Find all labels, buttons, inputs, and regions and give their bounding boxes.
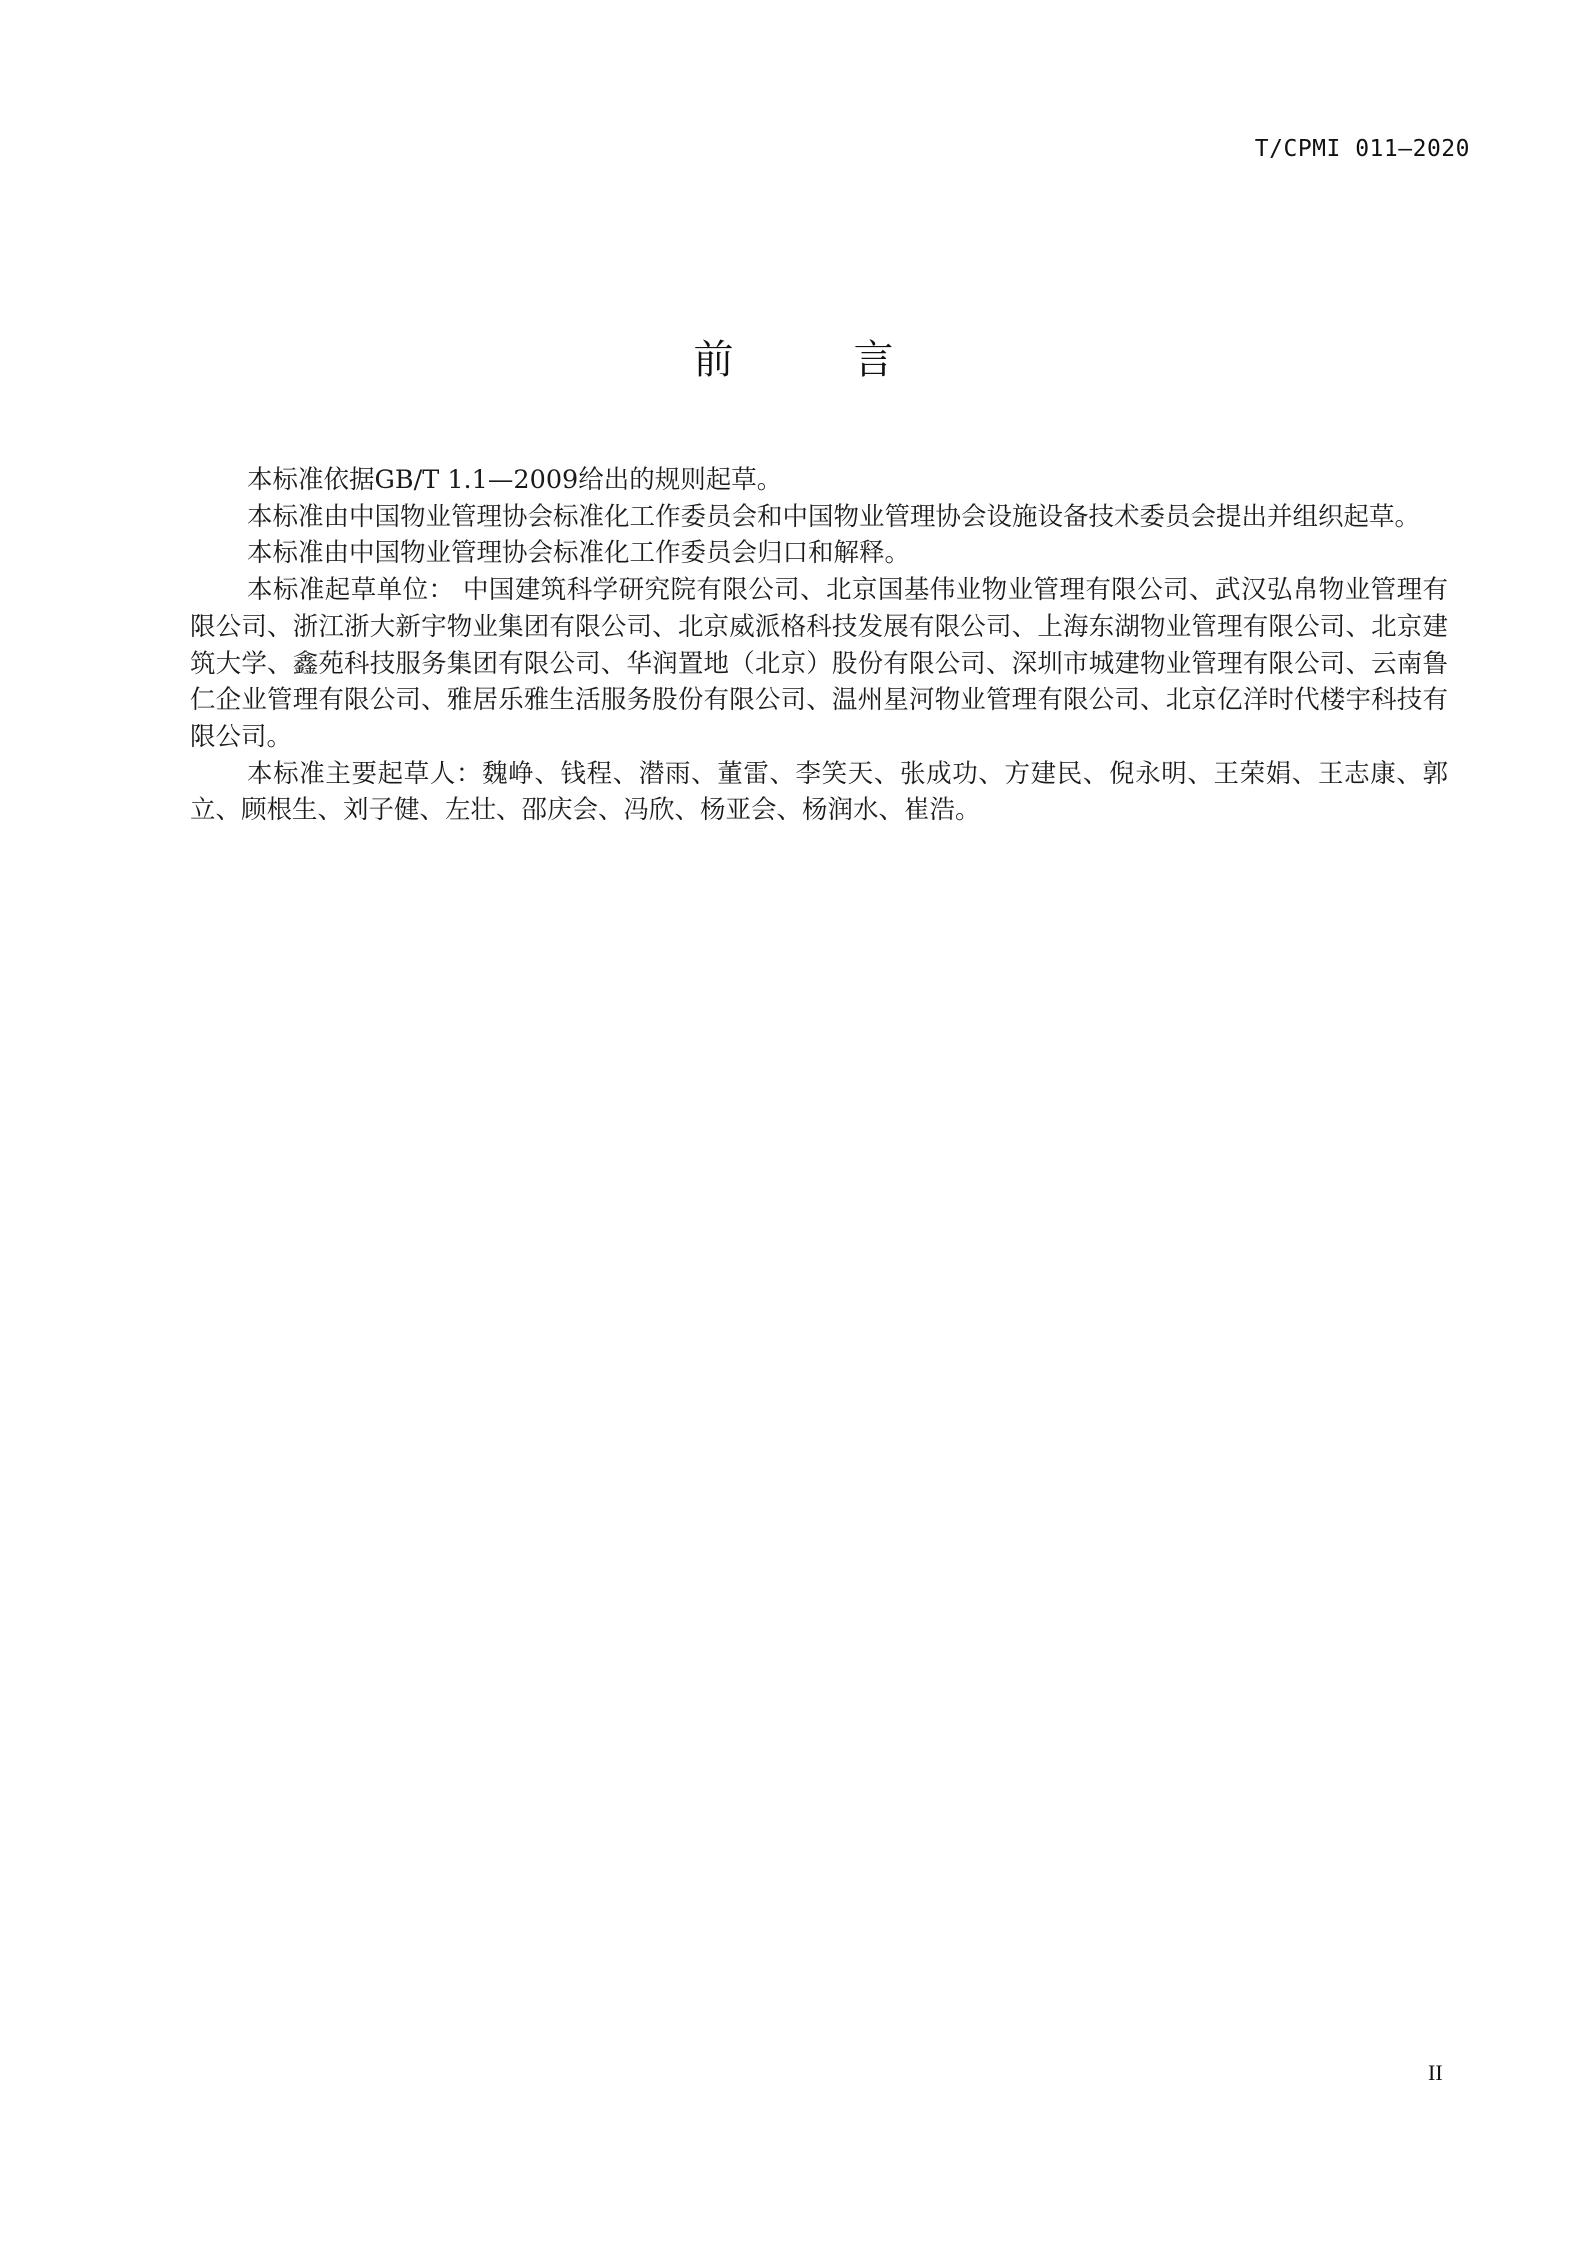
paragraph-drafting-rules: 本标准依据GB/T 1.1—2009给出的规则起草。: [190, 462, 1448, 499]
title-part-1: 前: [694, 337, 734, 383]
paragraph-proposer: 本标准由中国物业管理协会标准化工作委员会和中国物业管理协会设施设备技术委员会提出…: [190, 499, 1448, 536]
page-number: II: [1428, 2060, 1443, 2086]
paragraph-drafting-units: 本标准起草单位： 中国建筑科学研究院有限公司、北京国基伟业物业管理有限公司、武汉…: [190, 572, 1448, 756]
paragraph-main-drafters: 本标准主要起草人：魏峥、钱程、潜雨、董雷、李笑天、张成功、方建民、倪永明、王荣娟…: [190, 756, 1448, 829]
foreword-body: 本标准依据GB/T 1.1—2009给出的规则起草。 本标准由中国物业管理协会标…: [190, 462, 1448, 829]
document-code-header: T/CPMI 011—2020: [1255, 136, 1470, 162]
paragraph-administrator: 本标准由中国物业管理协会标准化工作委员会归口和解释。: [190, 535, 1448, 572]
page-title: 前言: [0, 328, 1587, 385]
document-page: T/CPMI 011—2020 前言 本标准依据GB/T 1.1—2009给出的…: [0, 0, 1587, 2245]
title-part-2: 言: [854, 337, 894, 383]
